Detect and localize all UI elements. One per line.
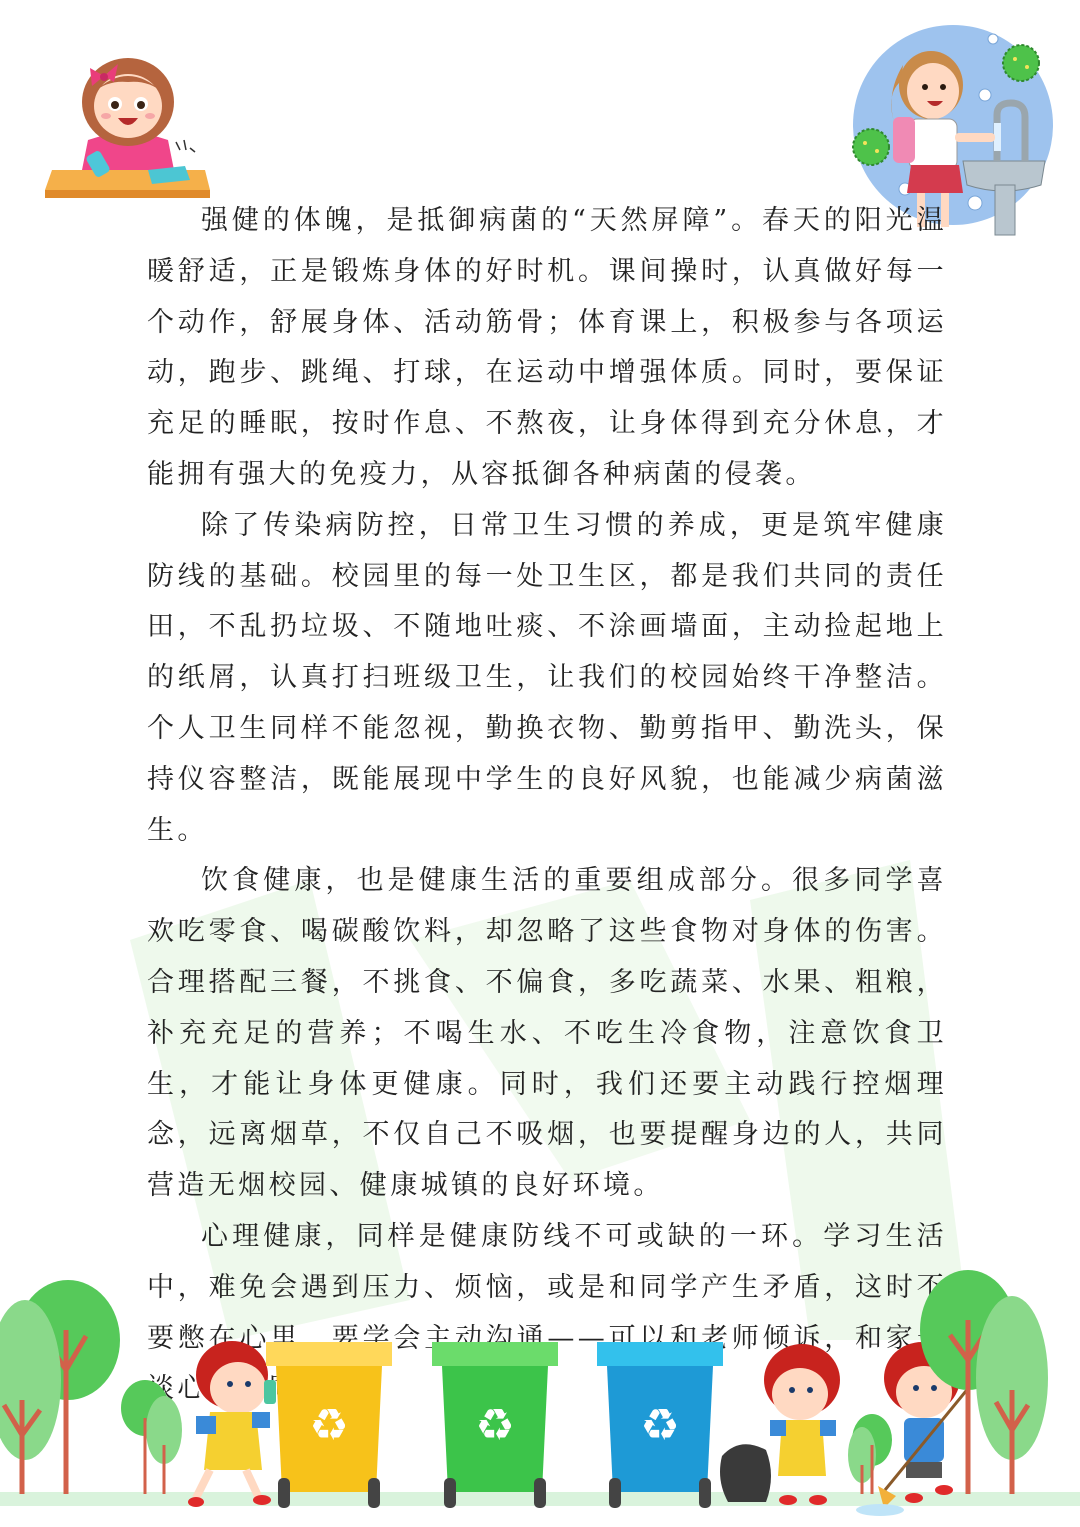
recycling-scene-illustration: ♻ ♻ ♻ [0, 1240, 1080, 1527]
page: 强健的体魄，是抵御病菌的“天然屏障”。春天的阳光温暖舒适，正是锻炼身体的好时机。… [0, 0, 1080, 1527]
girl-cleaning-illustration [40, 40, 215, 202]
green-recycle-bin-icon: ♻ [432, 1342, 558, 1508]
tree-icon [848, 1414, 892, 1494]
blue-recycle-bin-icon: ♻ [597, 1342, 723, 1508]
tree-icon [976, 1296, 1048, 1494]
tree-icon [0, 1300, 61, 1494]
boy-cleaning-icon [188, 1341, 276, 1507]
virus-icon [1003, 45, 1039, 81]
trash-bag-icon [720, 1444, 771, 1502]
svg-text:♻: ♻ [640, 1400, 679, 1451]
svg-text:♻: ♻ [309, 1400, 348, 1451]
boy-picking-trash-icon [764, 1344, 840, 1505]
virus-icon [853, 129, 889, 165]
tree-icon [121, 1380, 182, 1494]
svg-text:♻: ♻ [475, 1400, 514, 1451]
paragraph-exercise: 强健的体魄，是抵御病菌的“天然屏障”。春天的阳光温暖舒适，正是锻炼身体的好时机。… [147, 196, 947, 501]
article-body: 强健的体魄，是抵御病菌的“天然屏障”。春天的阳光温暖舒适，正是锻炼身体的好时机。… [147, 196, 947, 1415]
paragraph-diet: 饮食健康，也是健康生活的重要组成部分。很多同学喜欢吃零食、喝碳酸饮料，却忽略了这… [147, 856, 947, 1212]
paragraph-hygiene: 除了传染病防控，日常卫生习惯的养成，更是筑牢健康防线的基础。校园里的每一处卫生区… [147, 501, 947, 857]
yellow-recycle-bin-icon: ♻ [266, 1342, 392, 1508]
